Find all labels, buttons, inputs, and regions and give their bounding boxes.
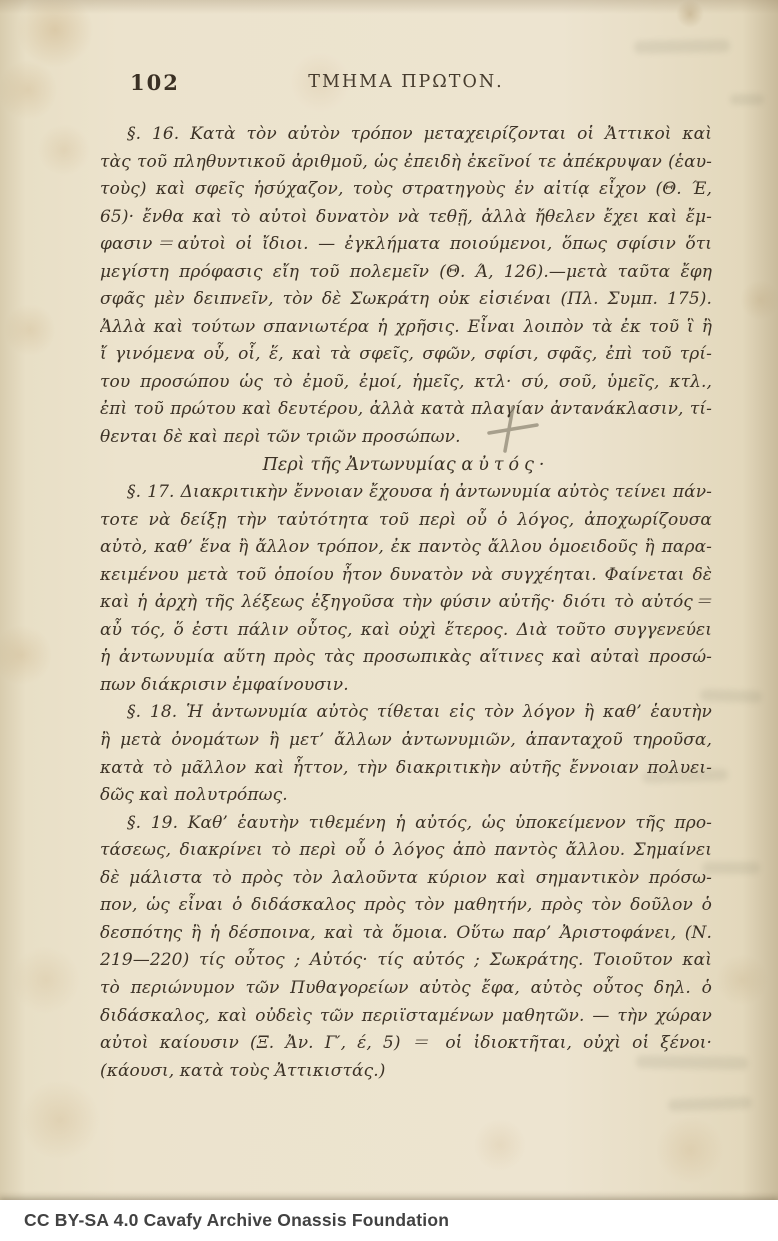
text-line: πων διάκρισιν ἐμφαίνουσιν. (100, 672, 712, 700)
text-line: πον, ὡς εἶναι ὁ διδάσκαλος πρὸς τὸν μαθη… (100, 892, 712, 920)
text-line: (κάουσι, κατὰ τοὺς Ἀττικιστάς.) (100, 1058, 712, 1086)
text-line: §. 18. Ἡ ἀντωνυμία αὐτὸς τίθεται εἰς τὸν… (100, 699, 712, 727)
text-line: σφᾶς μὲν δειπνεῖν, τὸν δὲ Σωκράτη οὐκ εἰ… (100, 286, 712, 314)
license-text: CC BY-SA 4.0 Cavafy Archive Onassis Foun… (0, 1210, 449, 1231)
page-header: 102 ΤΜΗΜΑ ΠΡΩΤΟΝ. (100, 70, 712, 98)
text-line: §. 19. Καθ’ ἑαυτὴν τιθεμένη ἡ αὐτός, ὡς … (100, 810, 712, 838)
text-line: Ἀλλὰ καὶ τούτων σπανιωτέρα ἡ χρῆσις. Εἶν… (100, 314, 712, 342)
text-line: θενται δὲ καὶ περὶ τῶν τριῶν προσώπων. (100, 424, 712, 452)
text-line: ἢ μετὰ ὀνομάτων ἢ μετ’ ἄλλων ἀντωνυμιῶν,… (100, 727, 712, 755)
text-line: ἐπὶ τοῦ πρώτου καὶ δευτέρου, ἀλλὰ κατὰ π… (100, 396, 712, 424)
text-line: τάσεως, διακρίνει τὸ περὶ οὗ ὁ λόγος ἀπὸ… (100, 837, 712, 865)
text-line: 219—220) τίς οὗτος ; Αὐτός· τίς αὐτός ; … (100, 947, 712, 975)
pencil-cross-mark (486, 404, 540, 454)
section-heading: Περὶ τῆς Ἀντωνυμίας αὐτός· (100, 452, 712, 480)
text-line: δεσπότης ἢ ἡ δέσποινα, καὶ τὰ ὅμοια. Οὕτ… (100, 920, 712, 948)
page-number: 102 (130, 70, 180, 95)
text-line: §. 16. Κατὰ τὸν αὐτὸν τρόπον μεταχειρίζο… (100, 121, 712, 149)
text-line: καὶ ἡ ἀρχὴ τῆς λέξεως ἐξηγοῦσα τὴν φύσιν… (100, 589, 712, 617)
text-line: ἡ ἀντωνυμία αὕτη πρὸς τὰς προσωπικὰς αἵτ… (100, 644, 712, 672)
text-line: τοὺς) καὶ σφεῖς ἡσύχαζον, τοὺς στρατηγοὺ… (100, 176, 712, 204)
text-line: διδάσκαλος, καὶ οὐδεὶς τῶν περιϊσταμένων… (100, 1003, 712, 1031)
text-line: δῶς καὶ πολυτρόπως. (100, 782, 712, 810)
text-line: του προσώπου ὡς τὸ ἐμοῦ, ἐμοί, ἡμεῖς, κτ… (100, 369, 712, 397)
text-line: μεγίστη πρόφασις εἴη τοῦ πολεμεῖν (Θ. Ά,… (100, 259, 712, 287)
text-line: 65)· ἔνθα καὶ τὸ αὐτοὶ δυνατὸν νὰ τεθῇ, … (100, 204, 712, 232)
text-line: αὐτὸ, καθ’ ἕνα ἢ ἄλλον τρόπον, ἐκ παντὸς… (100, 534, 712, 562)
text-line: αὖ τός, ὅ ἐστι πάλιν οὗτος, καὶ οὐχὶ ἕτε… (100, 617, 712, 645)
text-line: κειμένου μετὰ τοῦ ὁποίου ἦτον δυνατὸν νὰ… (100, 562, 712, 590)
text-line: §. 17. Διακριτικὴν ἔννοιαν ἔχουσα ἡ ἀντω… (100, 479, 712, 507)
running-header: ΤΜΗΜΑ ΠΡΩΤΟΝ. (100, 70, 712, 92)
text-line: ἴ γινόμενα οὗ, οἷ, ἕ, καὶ τὰ σφεῖς, σφῶν… (100, 341, 712, 369)
scanned-book-page: 102 ΤΜΗΜΑ ΠΡΩΤΟΝ. §. 16. Κατὰ τὸν αὐτὸν … (0, 0, 778, 1241)
text-column: §. 16. Κατὰ τὸν αὐτὸν τρόπον μεταχειρίζο… (100, 121, 712, 1085)
text-line: τὸ περιώνυμον τῶν Πυθαγορείων αὐτὸς ἔφα,… (100, 975, 712, 1003)
text-line: αὐτοὶ καίουσιν (Ξ. Ἀν. Γ′, έ, 5) ＝ οἱ ἰδ… (100, 1030, 712, 1058)
text-line: κατὰ τὸ μᾶλλον καὶ ἧττον, τὴν διακριτικὴ… (100, 755, 712, 783)
license-bar: CC BY-SA 4.0 Cavafy Archive Onassis Foun… (0, 1200, 778, 1241)
text-line: τὰς τοῦ πληθυντικοῦ ἀριθμοῦ, ὡς ἐπειδὴ ἐ… (100, 149, 712, 177)
text-line: τοτε νὰ δείξῃ τὴν ταὐτότητα τοῦ περὶ οὗ … (100, 507, 712, 535)
text-line: δὲ μάλιστα τὸ πρὸς τὸν λαλοῦντα κύριον κ… (100, 865, 712, 893)
text-line: φασιν＝αὐτοὶ οἱ ἴδιοι. — ἐγκλήματα ποιούμ… (100, 231, 712, 259)
